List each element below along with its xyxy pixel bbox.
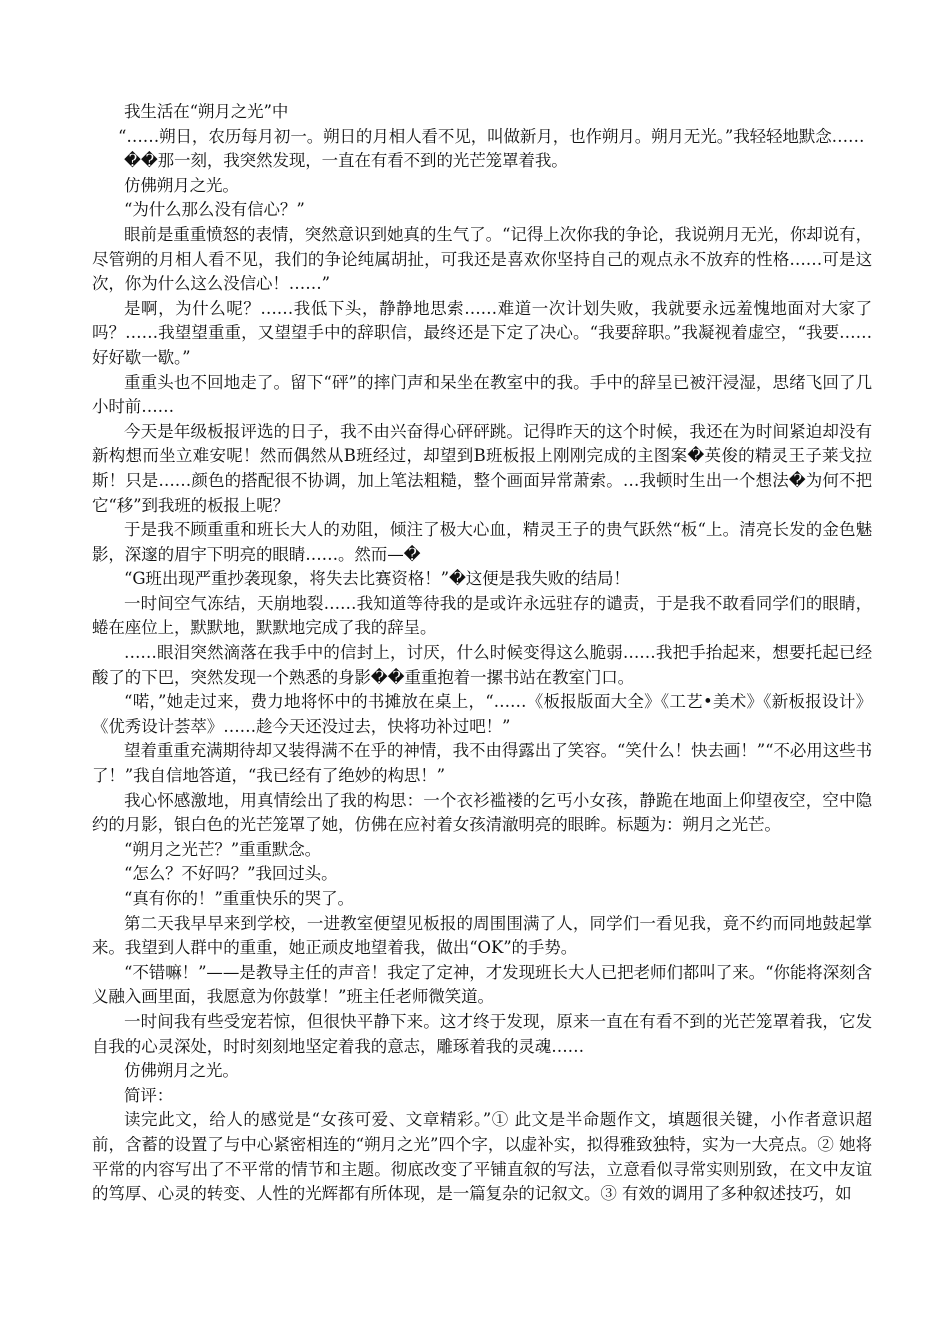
paragraph-1: “……朔日，农历每月初一。朔日的月相人看不见，叫做新月，也作朔月。朔月无光。”我…	[92, 125, 872, 150]
paragraph-14: 望着重重充满期待却又装得满不在乎的神情，我不由得露出了笑容。“笑什么！快去画！”…	[92, 739, 872, 788]
paragraph-22: 仿佛朔月之光。	[92, 1059, 872, 1084]
paragraph-4: “为什么那么没有信心？”	[92, 198, 872, 223]
paragraph-20: “不错嘛！”——是教导主任的声音！我定了定神，才发现班长大人已把老师们都叫了来。…	[92, 961, 872, 1010]
paragraph-10: “G班出现严重抄袭现象，将失去比赛资格！”�这便是我失败的结局！	[92, 567, 872, 592]
paragraph-5: 眼前是重重愤怒的表情，突然意识到她真的生气了。“记得上次你我的争论，我说朔月无光…	[92, 223, 872, 297]
paragraph-12: ……眼泪突然滴落在我手中的信封上，讨厌，什么时候变得这么脆弱……我把手抬起来，想…	[92, 641, 872, 690]
paragraph-3: 仿佛朔月之光。	[92, 174, 872, 199]
paragraph-17: “怎么？不好吗？”我回过头。	[92, 862, 872, 887]
comment-body: 读完此文，给人的感觉是“女孩可爱、文章精彩。”① 此文是半命题作文，填题很关键，…	[92, 1108, 872, 1206]
comment-heading: 简评：	[92, 1084, 872, 1109]
document-page: 我生活在“朔月之光”中 “……朔日，农历每月初一。朔日的月相人看不见，叫做新月，…	[92, 100, 872, 1207]
paragraph-16: “朔月之光芒？”重重默念。	[92, 838, 872, 863]
paragraph-21: 一时间我有些受宠若惊，但很快平静下来。这才终于发现，原来一直在有看不到的光芒笼罩…	[92, 1010, 872, 1059]
paragraph-18: “真有你的！”重重快乐的哭了。	[92, 887, 872, 912]
document-title: 我生活在“朔月之光”中	[92, 100, 872, 125]
paragraph-6: 是啊，为什么呢？……我低下头，静静地思索……难道一次计划失败，我就要永远羞愧地面…	[92, 297, 872, 371]
paragraph-7: 重重头也不回地走了。留下“砰”的摔门声和呆坐在教室中的我。手中的辞呈已被汗浸湿，…	[92, 371, 872, 420]
paragraph-9: 于是我不顾重重和班长大人的劝阻，倾注了极大心血，精灵王子的贵气跃然“板“上。清亮…	[92, 518, 872, 567]
paragraph-8: 今天是年级板报评选的日子，我不由兴奋得心砰砰跳。记得昨天的这个时候，我还在为时间…	[92, 420, 872, 518]
paragraph-15: 我心怀感激地，用真情绘出了我的构思：一个衣衫褴褛的乞丐小女孩，静跪在地面上仰望夜…	[92, 789, 872, 838]
paragraph-2: ��那一刻，我突然发现，一直在有看不到的光芒笼罩着我。	[92, 149, 872, 174]
paragraph-13: “喏，”她走过来，费力地将怀中的书摊放在桌上，“……《板报版面大全》《工艺•美术…	[92, 690, 872, 739]
paragraph-19: 第二天我早早来到学校，一进教室便望见板报的周围围满了人，同学们一看见我，竟不约而…	[92, 912, 872, 961]
paragraph-11: 一时间空气冻结，天崩地裂……我知道等待我的是或许永远驻存的谴责，于是我不敢看同学…	[92, 592, 872, 641]
